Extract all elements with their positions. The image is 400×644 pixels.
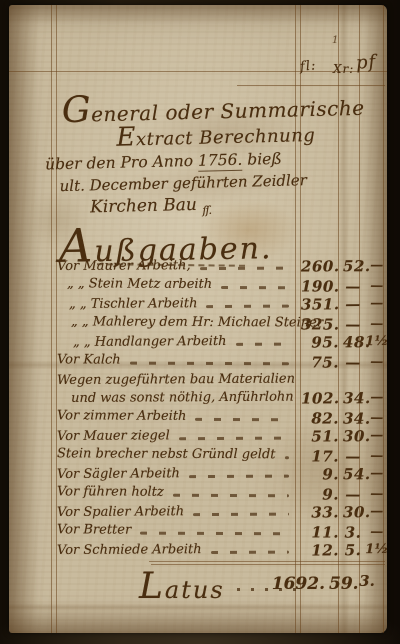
ledger-row-line1: Vor Mauer ziegel	[57, 427, 293, 446]
expense-label: „ „ Stein Metz arbeith	[67, 275, 212, 294]
ledger-row-line1: Vor Sägler Arbeith	[57, 465, 293, 484]
florin-value: 351.	[301, 295, 339, 313]
expense-label: Vor zimmer Arbeith	[57, 407, 187, 426]
total-pfennig-value: 3.	[355, 572, 379, 590]
pfennig-value: —	[363, 410, 391, 428]
florin-value: 33.	[301, 503, 339, 521]
florin-value: 17.	[301, 447, 339, 465]
ledger-row: „ „ Tischler Arbeith 351. — —	[57, 294, 385, 315]
ledger-row: Vor zimmer Arbeith 82. 34. —	[57, 407, 385, 427]
total-row: Latus 1692. 59. 3.	[127, 566, 385, 600]
ledger-row: Stein brecher nebst Gründl geldt 17. — —	[57, 445, 385, 465]
total-florin-value: 1692.	[269, 574, 325, 594]
kreuzer-value: —	[343, 316, 363, 334]
expense-label: Vor Spalier Arbeith	[57, 503, 184, 522]
ledger-row: Vor Kalch 75. — —	[57, 351, 385, 371]
pfennig-value: —	[363, 465, 391, 483]
dash-leader	[179, 437, 289, 441]
kreuzer-value: —	[343, 295, 363, 313]
ledger-row-line1: „ „ Tischler Arbeith	[57, 295, 293, 314]
expense-label: „ „ Handlanger Arbeith	[73, 333, 227, 352]
ledger-row: „ „ Stein Metz arbeith 190. — —	[57, 275, 385, 295]
expense-label: Stein brecher nebst Gründl geldt	[57, 445, 276, 464]
dash-leader	[236, 343, 289, 346]
latus-label: Latus	[139, 566, 225, 607]
dash-leader	[140, 532, 289, 536]
ledger-row-line1: Vor zimmer Arbeith	[57, 407, 293, 426]
ledger-row: Vor Sägler Arbeith 9. 54. —	[57, 464, 385, 485]
expense-label: Vor führen holtz	[57, 483, 164, 501]
title-line-2: Extract Berechnung	[116, 121, 335, 151]
dash-leader	[211, 551, 289, 554]
dash-leader	[130, 362, 289, 366]
title-line-3-post: bieß	[242, 150, 282, 169]
pfennig-value: —	[363, 295, 391, 313]
kreuzer-value: 34.	[343, 410, 363, 428]
kreuzer-value: 54.	[343, 465, 363, 483]
header-sub-rule	[237, 85, 385, 86]
title-line-5-text: Kirchen Bau	[90, 195, 197, 218]
dash-leader	[221, 286, 289, 289]
expense-label: „ „ Tischler Arbeith	[69, 295, 198, 314]
florin-value: 325.	[301, 315, 339, 333]
kreuzer-value: —	[343, 486, 363, 504]
pfennig-value: —	[363, 486, 391, 504]
expense-label: Vor Kalch	[57, 351, 121, 369]
florin-value: 11.	[301, 523, 339, 541]
expense-label: Wegen zugeführten bau Materialien	[57, 371, 295, 390]
pfennig-value: —	[363, 389, 391, 407]
ledger-row-line1: Vor führen holtz	[57, 483, 293, 502]
pfennig-value: —	[363, 278, 391, 296]
kreuzer-value: 52.	[343, 257, 363, 275]
column-header-kreuzer: Xr:	[333, 62, 354, 76]
ledger-row: „ „ Mahlerey dem Hr: Michael Steiner 325…	[57, 313, 385, 333]
ledger-row-line1: Vor Bretter	[57, 521, 293, 540]
kreuzer-value: 30.	[343, 503, 363, 521]
folio-mark: 1	[332, 35, 338, 46]
ledger-row-line1: Vor Schmiede Arbeith	[57, 541, 293, 560]
total-kreuzer-value: 59.	[329, 574, 351, 594]
column-header-florin: fl:	[299, 58, 317, 75]
pfennig-value: 1½	[363, 541, 391, 559]
header-rule	[9, 71, 387, 72]
pfennig-value: —	[363, 316, 391, 334]
manuscript-paper: 1 fl: Xr: pf General oder Summarische Ex…	[9, 5, 387, 633]
florin-value: 95.	[301, 333, 339, 351]
kreuzer-value: 3.	[343, 524, 363, 542]
kreuzer-value: —	[343, 354, 363, 372]
ledger-row-line2: und was sonst nöthig, Anführlohn	[57, 389, 293, 408]
florin-value: 82.	[301, 409, 339, 427]
florin-value: 9.	[301, 485, 339, 503]
ledger-row-line1: Wegen zugeführten bau Materialien	[57, 371, 293, 390]
ledger-row-line1: „ „ Handlanger Arbeith	[57, 333, 293, 352]
ledger-row-line1: Vor Kalch	[57, 351, 293, 370]
pfennig-value: —	[363, 503, 391, 521]
ledger-row-line1: Vor Spalier Arbeith	[57, 503, 293, 522]
title-block: General oder Summarische Extract Berechn…	[41, 91, 336, 225]
pfennig-value: 1½	[363, 333, 391, 351]
ledger-row: Vor Maurer Arbeith, 260. 52. —	[57, 256, 385, 277]
pfennig-value: —	[363, 427, 391, 445]
pfennig-value: —	[363, 448, 391, 466]
expense-label-continued: und was sonst nöthig, Anführlohn	[71, 389, 294, 408]
expense-label: Vor Bretter	[57, 521, 131, 539]
title-line-3-pre: über den Pro Anno	[45, 152, 198, 174]
ledger-row-line1: Vor Maurer Arbeith,	[57, 257, 293, 276]
ledger-row: Vor Schmiede Arbeith 12. 5. 1½	[57, 540, 385, 561]
dash-leader	[193, 513, 289, 517]
kreuzer-value: 5.	[343, 541, 363, 559]
dash-leader	[200, 267, 289, 271]
florin-value: 51.	[301, 427, 339, 445]
dash-leader	[173, 494, 289, 498]
florin-value: 12.	[301, 541, 339, 559]
florin-value: 190.	[301, 277, 339, 295]
pfennig-value: —	[363, 257, 391, 275]
expense-label: Vor Sägler Arbeith	[57, 465, 180, 484]
ledger-row: „ „ Handlanger Arbeith 95. 48. 1½	[57, 332, 385, 353]
kreuzer-value: 48.	[343, 333, 363, 351]
ledger-row: Vor Spalier Arbeith 33. 30. —	[57, 502, 385, 523]
expense-label: Vor Maurer Arbeith,	[57, 257, 191, 276]
florin-value: 9.	[301, 465, 339, 483]
kreuzer-value: 30.	[343, 427, 363, 445]
expense-label: Vor Mauer ziegel	[57, 427, 170, 446]
ledger-row-line1: Stein brecher nebst Gründl geldt	[57, 445, 293, 464]
ledger-row: Vor Bretter 11. 3. —	[57, 521, 385, 541]
florin-value: 75.	[301, 353, 339, 371]
total-rule-bottom	[151, 564, 385, 565]
kreuzer-value: —	[343, 448, 363, 466]
pfennig-value: —	[363, 524, 391, 542]
kreuzer-value: —	[343, 278, 363, 296]
ledger-row: Vor Mauer ziegel 51. 30. —	[57, 426, 385, 447]
expense-label: Vor Schmiede Arbeith	[57, 541, 202, 560]
etc-abbreviation: ſſ.	[202, 204, 211, 217]
ledger-row: Vor führen holtz 9. — —	[57, 483, 385, 503]
dash-leader	[189, 475, 289, 479]
kreuzer-value: 34.	[343, 389, 363, 407]
dash-leader	[206, 305, 289, 309]
ledger-row-line1: „ „ Mahlerey dem Hr: Michael Steiner	[57, 313, 293, 332]
ledger-row: Wegen zugeführten bau Materialien und wa…	[57, 370, 385, 409]
ledger-rows: Vor Maurer Arbeith, 260. 52. — „ „ Stein…	[57, 257, 385, 560]
dash-leader	[284, 456, 289, 459]
expense-label: „ „ Mahlerey dem Hr: Michael Steiner	[71, 313, 323, 332]
pfennig-value: —	[363, 354, 391, 372]
florin-value: 260.	[301, 257, 339, 275]
total-rule-top	[149, 561, 385, 562]
florin-value: 102.	[301, 389, 339, 407]
column-header-pfennig: pf	[355, 51, 377, 73]
dash-leader	[195, 418, 289, 421]
scanned-manuscript-page: { "document": { "colors": { "ink": "#4a2…	[0, 0, 400, 644]
ledger-row-line1: „ „ Stein Metz arbeith	[57, 275, 293, 294]
title-year: 1756.	[198, 151, 243, 172]
